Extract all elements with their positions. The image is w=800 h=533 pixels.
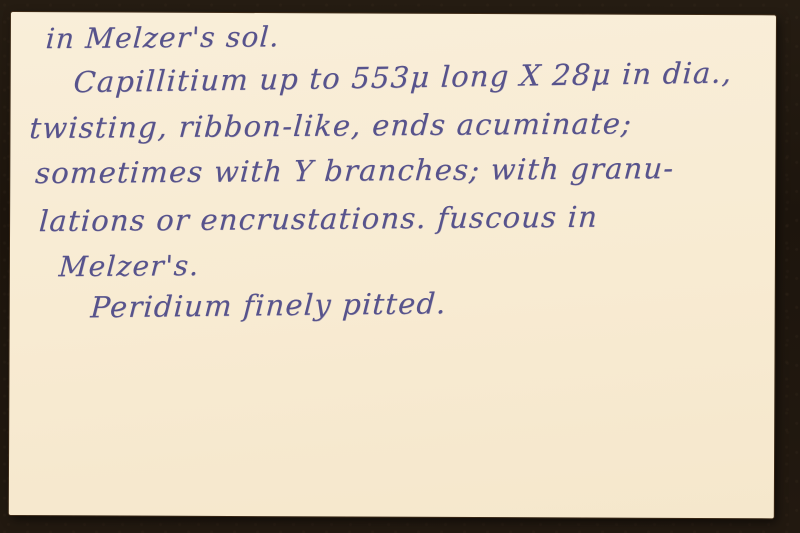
handwriting-line: in Melzer's sol. — [45, 20, 281, 55]
handwriting-line: sometimes with Y branches; with granu- — [34, 151, 675, 190]
handwriting-line: twisting, ribbon-like, ends acuminate; — [28, 106, 633, 145]
handwriting-line: lations or encrustations. fuscous in — [38, 200, 599, 238]
index-card: in Melzer's sol. Capillitium up to 553μ … — [9, 12, 776, 518]
handwriting-line: Peridium finely pitted. — [90, 286, 448, 324]
handwriting-line: Capillitium up to 553μ long X 28μ in dia… — [73, 55, 734, 99]
handwriting-line: Melzer's. — [58, 249, 201, 283]
